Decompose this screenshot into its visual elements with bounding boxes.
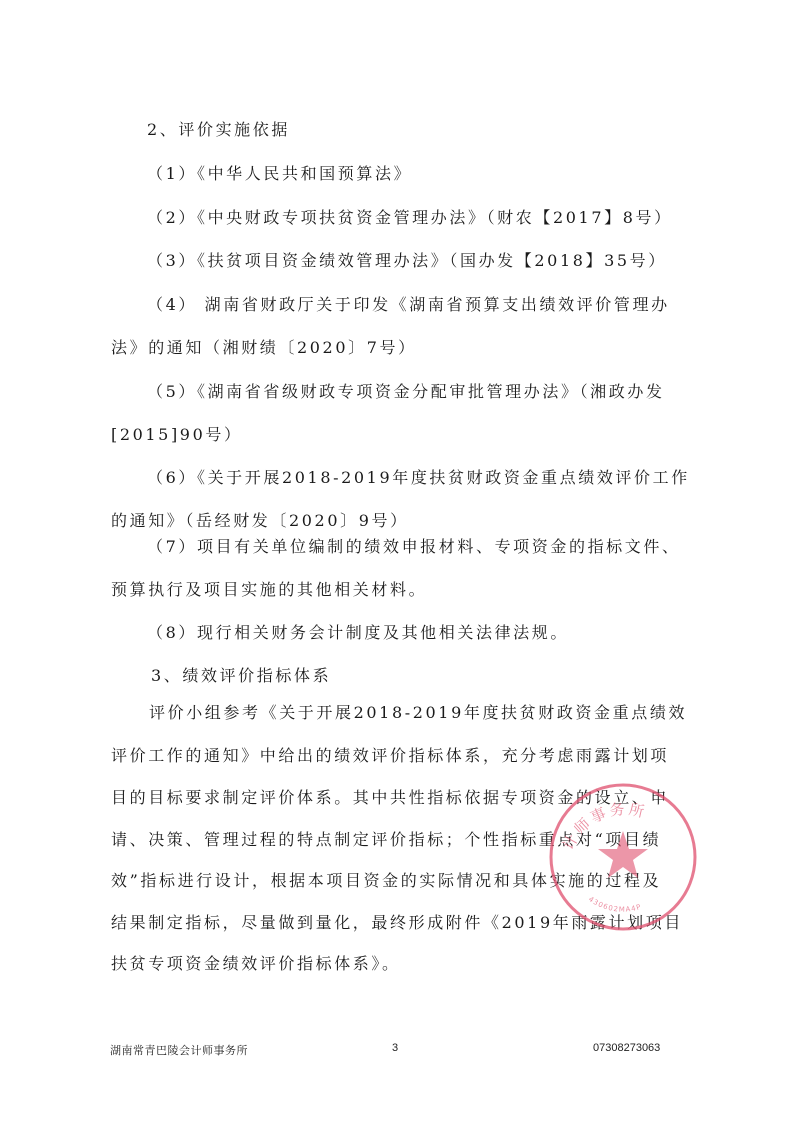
document-page: 2、评价实施依据 （1）《中华人民共和国预算法》 （2）《中央财政专项扶贫资金管… [0, 0, 793, 1121]
section-heading-indicator-system: 3、绩效评价指标体系 [111, 665, 723, 687]
basis-item-1: （1）《中华人民共和国预算法》 [111, 163, 719, 185]
basis-item-2: （2）《中央财政专项扶贫资金管理办法》（财农【2017】8号） [111, 207, 719, 229]
basis-item-8: （8）现行相关财务会计制度及其他相关法律法规。 [111, 622, 719, 644]
footer-phone: 07308273063 [593, 1042, 660, 1054]
svg-text:430602MA4P: 430602MA4P [587, 895, 643, 914]
paragraph-line-1: 评价小组参考《关于开展2018-2019年度扶贫财政资金重点绩效 [111, 702, 721, 724]
basis-item-5-line-1: （5）《湖南省省级财政专项资金分配审批管理办法》（湘政办发 [111, 381, 719, 403]
basis-item-7-line-1: （7）项目有关单位编制的绩效申报材料、专项资金的指标文件、 [111, 536, 719, 558]
basis-item-7-line-2: 预算执行及项目实施的其他相关材料。 [111, 579, 683, 601]
paragraph-line-2: 评价工作的通知》中给出的绩效评价指标体系，充分考虑雨露计划项 [111, 745, 683, 767]
paragraph-line-3: 目的目标要求制定评价体系。其中共性指标依据专项资金的设立、申 [111, 787, 683, 809]
seal-bottom-code: 430602MA4P [587, 895, 643, 914]
footer-firm-name: 湖南常青巴陵会计师事务所 [110, 1042, 248, 1058]
basis-item-5-line-2: [2015]90号） [111, 424, 683, 446]
paragraph-line-6: 结果制定指标，尽量做到量化，最终形成附件《2019年雨露计划项目 [111, 912, 683, 934]
paragraph-line-5: 效”指标进行设计，根据本项目资金的实际情况和具体实施的过程及 [111, 870, 683, 892]
basis-item-4-line-2: 法》的通知（湘财绩〔2020〕7号） [111, 337, 683, 359]
paragraph-line-7: 扶贫专项资金绩效评价指标体系》。 [111, 953, 683, 975]
basis-item-4-line-1: （4） 湖南省财政厅关于印发《湖南省预算支出绩效评价管理办 [111, 294, 719, 316]
basis-item-3: （3）《扶贫项目资金绩效管理办法》（国办发【2018】35号） [111, 250, 719, 272]
basis-item-6-line-2: 的通知》（岳经财发〔2020〕9号） [111, 510, 683, 532]
paragraph-line-4: 请、决策、管理过程的特点制定评价指标；个性指标重点对“项目绩 [111, 829, 683, 851]
section-heading-evaluation-basis: 2、评价实施依据 [111, 119, 719, 141]
basis-item-6-line-1: （6）《关于开展2018-2019年度扶贫财政资金重点绩效评价工作 [111, 467, 719, 489]
footer-page-number: 3 [392, 1042, 398, 1054]
